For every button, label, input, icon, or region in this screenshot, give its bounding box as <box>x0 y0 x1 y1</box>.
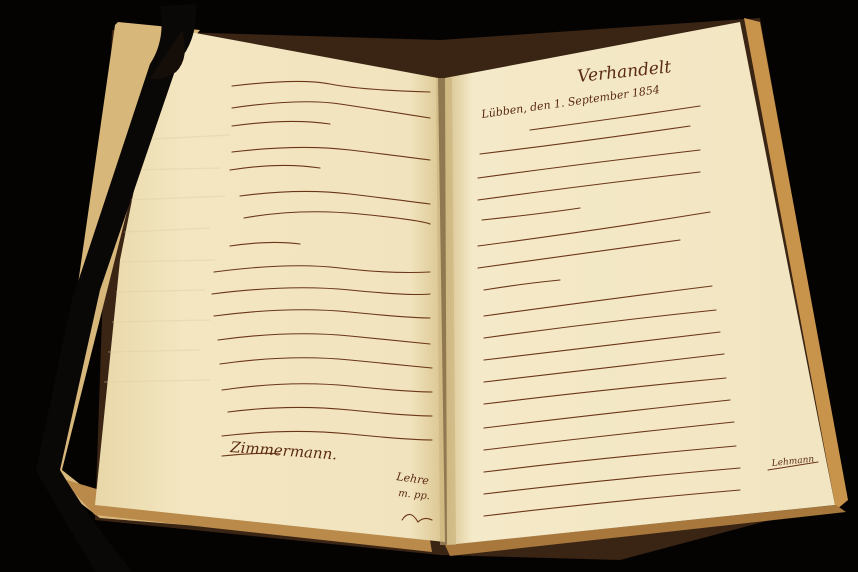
book-photo: Zimmermann. Lehre m. pp. Verhandelt Lübb… <box>0 0 858 572</box>
